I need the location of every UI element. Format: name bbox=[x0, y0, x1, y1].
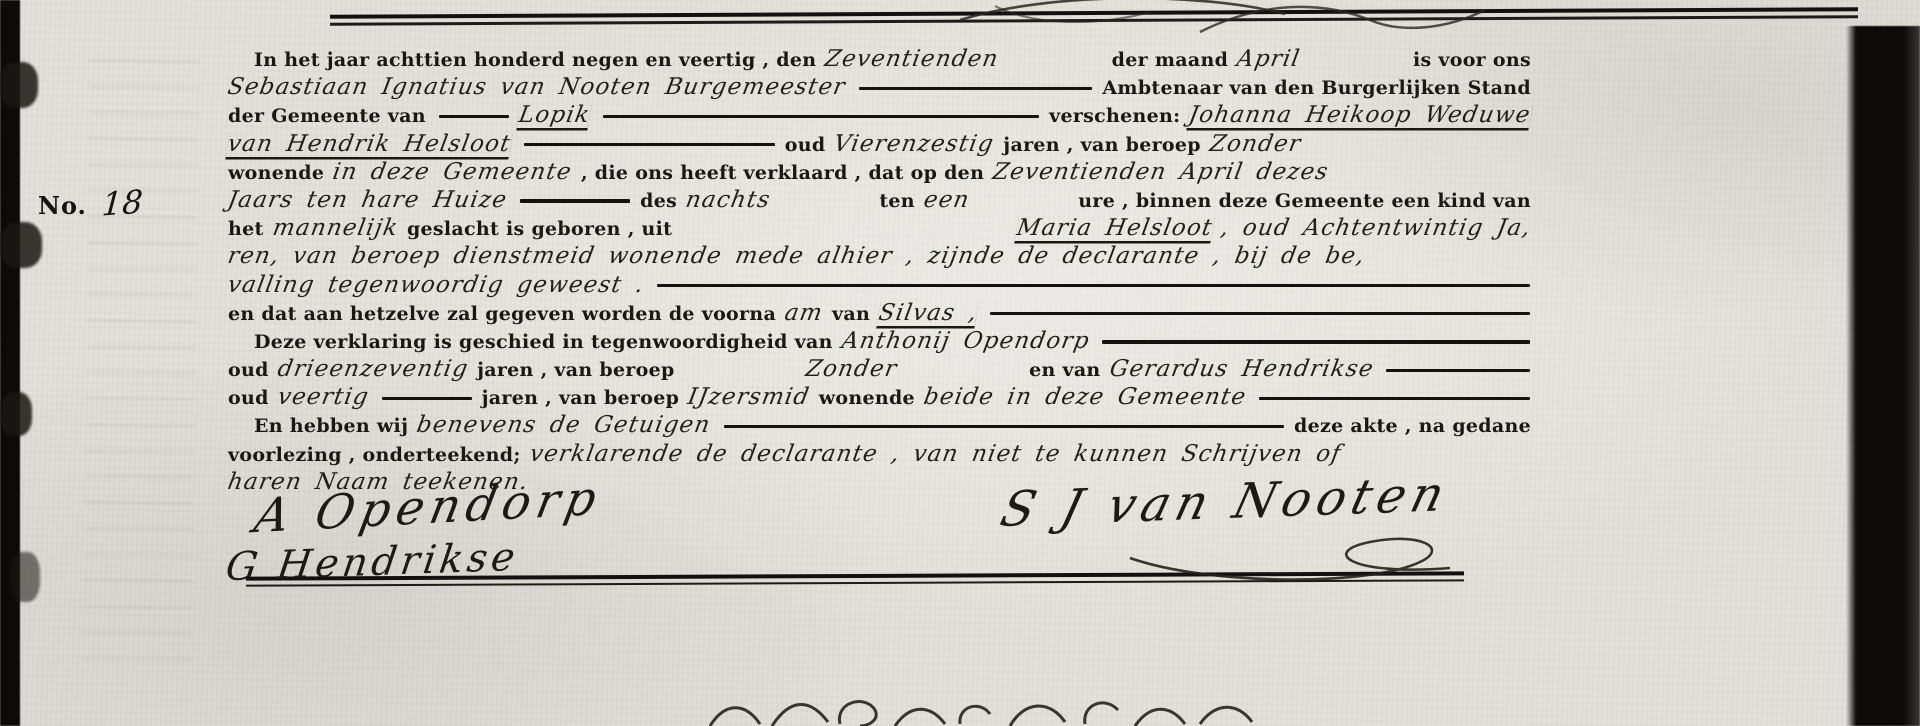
handwritten-entry: valling tegenwoordig geweest . bbox=[226, 272, 647, 298]
text-line: der Gemeente vanLopikverschenen:Johanna … bbox=[228, 102, 1540, 130]
handwritten-entry: Lopik bbox=[517, 102, 593, 128]
handwritten-entry: benevens de Getuigen bbox=[415, 412, 713, 438]
ruled-fill-line bbox=[1386, 369, 1530, 372]
handwritten-entry: verklarende de declarante , van niet te … bbox=[527, 441, 1343, 467]
printed-form-text: wonende bbox=[228, 162, 324, 184]
printed-form-text: der maand bbox=[1112, 49, 1229, 71]
handwritten-entry: , oud Achtentwintig Ja, bbox=[1219, 215, 1533, 241]
text-line: Sebastiaan Ignatius van Nooten Burgemees… bbox=[228, 74, 1540, 102]
handwritten-entry: in deze Gemeente bbox=[331, 159, 574, 185]
handwritten-entry: Zeventienden April dezes bbox=[991, 159, 1331, 185]
text-line: valling tegenwoordig geweest . bbox=[228, 272, 1540, 300]
handwritten-entry: Maria Helsloot bbox=[1014, 215, 1214, 241]
ruled-fill-line bbox=[657, 284, 1530, 287]
cut-off-handwriting-bottom bbox=[690, 694, 1290, 726]
scan-edge-right bbox=[1846, 26, 1920, 726]
handwritten-entry: Anthonij Opendorp bbox=[839, 328, 1091, 354]
ruled-fill-line bbox=[524, 143, 775, 146]
printed-form-text: en van bbox=[1029, 359, 1100, 381]
text-line: hetmannelijkgeslacht is geboren , uitMar… bbox=[228, 215, 1540, 243]
handwritten-entry: nachts bbox=[684, 187, 773, 213]
ruled-fill-line bbox=[382, 397, 472, 400]
handwritten-entry: een bbox=[922, 187, 972, 213]
margin-bleedthrough bbox=[83, 39, 199, 660]
scan-smudge bbox=[0, 392, 32, 436]
printed-form-text: In het jaar achttien honderd negen en ve… bbox=[254, 49, 816, 71]
text-line: van Hendrik HelslootoudVierenzestigjaren… bbox=[228, 131, 1540, 159]
act-number: No. 18 bbox=[38, 184, 143, 222]
printed-form-text: En hebben wij bbox=[254, 415, 408, 437]
handwritten-entry: Gerardus Hendrikse bbox=[1107, 356, 1375, 382]
pen-flourish-top bbox=[900, 0, 1500, 50]
scanned-birth-certificate: No. 18 In het jaar achttien honderd nege… bbox=[0, 0, 1920, 726]
printed-form-text: oud bbox=[228, 359, 269, 381]
ruled-fill-line bbox=[1259, 397, 1530, 400]
signature-flourish bbox=[1120, 528, 1480, 588]
handwritten-entry: drieenzeventig bbox=[275, 356, 470, 382]
text-line: ren, van beroep dienstmeid wonende mede … bbox=[228, 243, 1540, 271]
act-body-text: In het jaar achttien honderd negen en ve… bbox=[228, 46, 1540, 497]
handwritten-entry: Johanna Heikoop Weduwe bbox=[1187, 102, 1533, 128]
printed-form-text: ten bbox=[879, 190, 915, 212]
printed-form-text: des bbox=[640, 190, 677, 212]
printed-form-text: oud bbox=[228, 387, 269, 409]
printed-form-text: Deze verklaring is geschied in tegenwoor… bbox=[254, 331, 833, 353]
text-line: voorlezing , onderteekend;verklarende de… bbox=[228, 441, 1540, 469]
printed-form-text: geslacht is geboren , uit bbox=[407, 218, 672, 240]
printed-form-text: oud bbox=[785, 134, 826, 156]
ruled-fill-line bbox=[1102, 340, 1530, 343]
printed-form-text: jaren , van beroep bbox=[1003, 134, 1201, 156]
printed-form-text: het bbox=[228, 218, 264, 240]
scan-smudge bbox=[10, 552, 40, 602]
text-line: Jaars ten hare Huizedesnachtsteneenure ,… bbox=[228, 187, 1540, 215]
act-number-label: No. bbox=[38, 191, 87, 220]
ruled-fill-line bbox=[439, 115, 509, 118]
ruled-fill-line bbox=[603, 115, 1039, 118]
handwritten-entry: ren, van beroep dienstmeid wonende mede … bbox=[226, 243, 1367, 269]
text-line: ouddrieenzeventigjaren , van beroepZonde… bbox=[228, 356, 1540, 384]
handwritten-entry: beide in deze Gemeente bbox=[922, 384, 1249, 410]
handwritten-entry: veertig bbox=[275, 384, 371, 410]
handwritten-entry: Zonder bbox=[804, 356, 900, 382]
ruled-fill-line bbox=[859, 87, 1093, 90]
handwritten-entry: mannelijk bbox=[270, 215, 400, 241]
handwritten-entry: Zonder bbox=[1208, 131, 1304, 157]
printed-form-text: van bbox=[832, 303, 870, 325]
ruled-fill-line bbox=[724, 425, 1284, 428]
printed-form-text: deze akte , na gedane bbox=[1294, 415, 1531, 437]
act-number-value: 18 bbox=[101, 182, 144, 223]
printed-form-text: verschenen: bbox=[1049, 105, 1180, 127]
handwritten-entry: Vierenzestig bbox=[832, 131, 996, 157]
text-line: oudveertigjaren , van beroepIJzersmidwon… bbox=[228, 384, 1540, 412]
handwritten-entry: Sebastiaan Ignatius van Nooten Burgemees… bbox=[226, 74, 848, 100]
handwritten-entry: IJzersmid bbox=[686, 384, 812, 410]
printed-form-text: is voor ons bbox=[1413, 49, 1531, 71]
printed-form-text: der Gemeente van bbox=[228, 105, 426, 127]
ruled-fill-line bbox=[990, 312, 1530, 315]
scan-edge-left bbox=[0, 0, 20, 726]
printed-form-text: jaren , van beroep bbox=[477, 359, 675, 381]
printed-form-text: jaren , van beroep bbox=[482, 387, 680, 409]
handwritten-entry: Jaars ten hare Huize bbox=[226, 187, 510, 213]
ruled-fill-line bbox=[520, 199, 630, 202]
text-line: Deze verklaring is geschied in tegenwoor… bbox=[228, 328, 1540, 356]
text-line: wonendein deze Gemeente, die ons heeft v… bbox=[228, 159, 1540, 187]
printed-form-text: voorlezing , onderteekend; bbox=[228, 444, 521, 466]
printed-form-text: en dat aan hetzelve zal gegeven worden d… bbox=[228, 303, 776, 325]
scan-smudge bbox=[0, 62, 38, 108]
text-line: En hebben wijbenevens de Getuigendeze ak… bbox=[228, 412, 1540, 440]
printed-form-text: wonende bbox=[819, 387, 915, 409]
scan-smudge bbox=[0, 222, 42, 268]
text-line: en dat aan hetzelve zal gegeven worden d… bbox=[228, 300, 1540, 328]
printed-form-text: ure , binnen deze Gemeente een kind van bbox=[1078, 190, 1531, 212]
handwritten-entry: Silvas , bbox=[877, 300, 980, 326]
printed-form-text: , die ons heeft verklaard , dat op den bbox=[581, 162, 984, 184]
handwritten-entry: am bbox=[783, 300, 826, 326]
text-line: In het jaar achttien honderd negen en ve… bbox=[228, 46, 1540, 74]
handwritten-entry: van Hendrik Helsloot bbox=[226, 131, 513, 157]
printed-form-text: Ambtenaar van den Burgerlijken Stand bbox=[1102, 77, 1531, 99]
